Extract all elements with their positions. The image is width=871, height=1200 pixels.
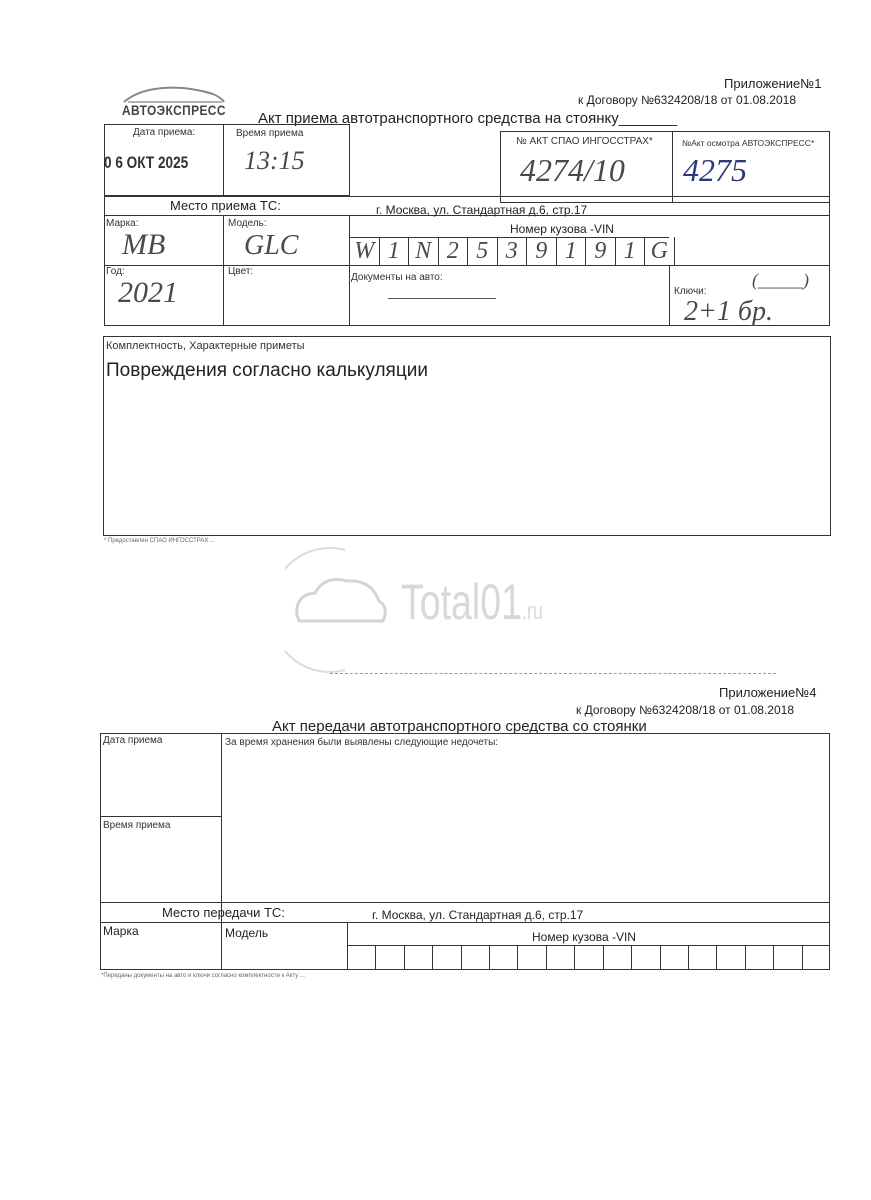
release-time-label: Время приема <box>103 820 170 831</box>
vin-cell[interactable] <box>660 945 688 970</box>
documents-value-dash <box>388 298 496 299</box>
ingosstrakh-act-label: № АКТ СПАО ИНГОССТРАХ* <box>516 136 653 147</box>
documents-label: Документы на авто: <box>351 272 443 283</box>
avtoexpress-act-number: 4275 <box>683 152 747 189</box>
year-value: 2021 <box>118 276 178 310</box>
release-model-label: Модель <box>225 926 268 940</box>
release-vin-row <box>347 945 830 970</box>
vin-cell[interactable]: G <box>644 237 674 265</box>
ingosstrakh-act-number: 4274/10 <box>520 152 625 189</box>
vin-cell[interactable] <box>631 945 659 970</box>
keys-parenthesis: (_____) <box>752 270 809 291</box>
vin-cell[interactable]: 9 <box>585 237 615 265</box>
vin-cell[interactable] <box>745 945 773 970</box>
vin-cell[interactable] <box>461 945 489 970</box>
vin-cell[interactable] <box>688 945 716 970</box>
release-vin-label: Номер кузова -VIN <box>532 930 636 944</box>
vin-cell[interactable]: 1 <box>379 237 409 265</box>
watermark-text: Total01 <box>401 574 522 630</box>
vin-cell[interactable] <box>546 945 574 970</box>
vin-cell[interactable] <box>773 945 801 970</box>
vin-cell[interactable] <box>432 945 460 970</box>
release-brand-label: Марка <box>103 924 139 938</box>
vin-label: Номер кузова -VIN <box>510 222 614 236</box>
vin-cell[interactable]: 1 <box>556 237 586 265</box>
contract-reference: к Договору №6324208/18 от 01.08.2018 <box>578 93 796 107</box>
watermark-car-cloud-icon <box>285 545 405 675</box>
time-label: Время приема <box>236 128 303 139</box>
vin-cell[interactable]: W <box>349 237 379 265</box>
model-label: Модель: <box>228 218 267 229</box>
vin-cell[interactable]: 9 <box>526 237 556 265</box>
vin-cell[interactable]: 1 <box>615 237 645 265</box>
model-value: GLC <box>244 230 298 262</box>
defects-field[interactable] <box>224 752 826 900</box>
car-silhouette-icon <box>118 80 228 104</box>
release-place-value: г. Москва, ул. Стандартная д.6, стр.17 <box>372 908 583 922</box>
vin-cell[interactable]: 5 <box>467 237 497 265</box>
release-date-label: Дата приема <box>103 735 162 746</box>
title-blank: _______ <box>619 110 677 127</box>
appendix-number-2: Приложение№4 <box>719 685 816 700</box>
vin-row: W1N2539191G <box>349 237 669 265</box>
logo-text: АВТОЭКСПРЕСС <box>122 102 226 118</box>
footnote-1: * Предоставлен СПАО ИНГОССТРАХ ... <box>104 538 215 544</box>
vin-cell[interactable] <box>574 945 602 970</box>
vin-cell[interactable]: 3 <box>497 237 527 265</box>
contract-reference-2: к Договору №6324208/18 от 01.08.2018 <box>576 703 794 717</box>
equipment-value: Повреждения согласно калькуляции <box>106 360 428 382</box>
keys-value: 2+1 бр. <box>684 296 773 328</box>
vin-cell[interactable] <box>347 945 375 970</box>
time-value: 13:15 <box>244 146 305 176</box>
appendix-number: Приложение№1 <box>724 76 821 91</box>
vin-cell[interactable]: 2 <box>438 237 468 265</box>
vin-cell[interactable] <box>603 945 631 970</box>
vin-cell[interactable] <box>404 945 432 970</box>
vin-cell[interactable] <box>517 945 545 970</box>
company-logo: АВТОЭКСПРЕСС <box>118 80 228 122</box>
vin-cell[interactable] <box>489 945 517 970</box>
footnote-2: *Переданы документы на авто и ключи согл… <box>101 973 305 979</box>
avtoexpress-act-label: №Акт осмотра АВТОЭКСПРЕСС* <box>682 138 814 148</box>
brand-value: MB <box>122 228 165 262</box>
watermark-suffix: .ru <box>522 598 543 625</box>
place-label: Место приема ТС: <box>170 198 281 213</box>
cut-line <box>330 673 776 674</box>
date-label: Дата приема: <box>133 127 195 138</box>
date-stamp: 0 6 ОКТ 2025 <box>104 153 188 173</box>
vin-cell[interactable] <box>802 945 830 970</box>
equipment-label: Комплектность, Характерные приметы <box>106 340 305 352</box>
vin-cell[interactable] <box>375 945 403 970</box>
defects-label: За время хранения были выявлены следующи… <box>225 737 498 748</box>
watermark: Total01.ru <box>285 545 605 675</box>
vin-cell[interactable] <box>716 945 744 970</box>
color-label: Цвет: <box>228 266 253 277</box>
vin-cell[interactable]: N <box>408 237 438 265</box>
release-place-label: Место передачи ТС: <box>162 905 285 920</box>
